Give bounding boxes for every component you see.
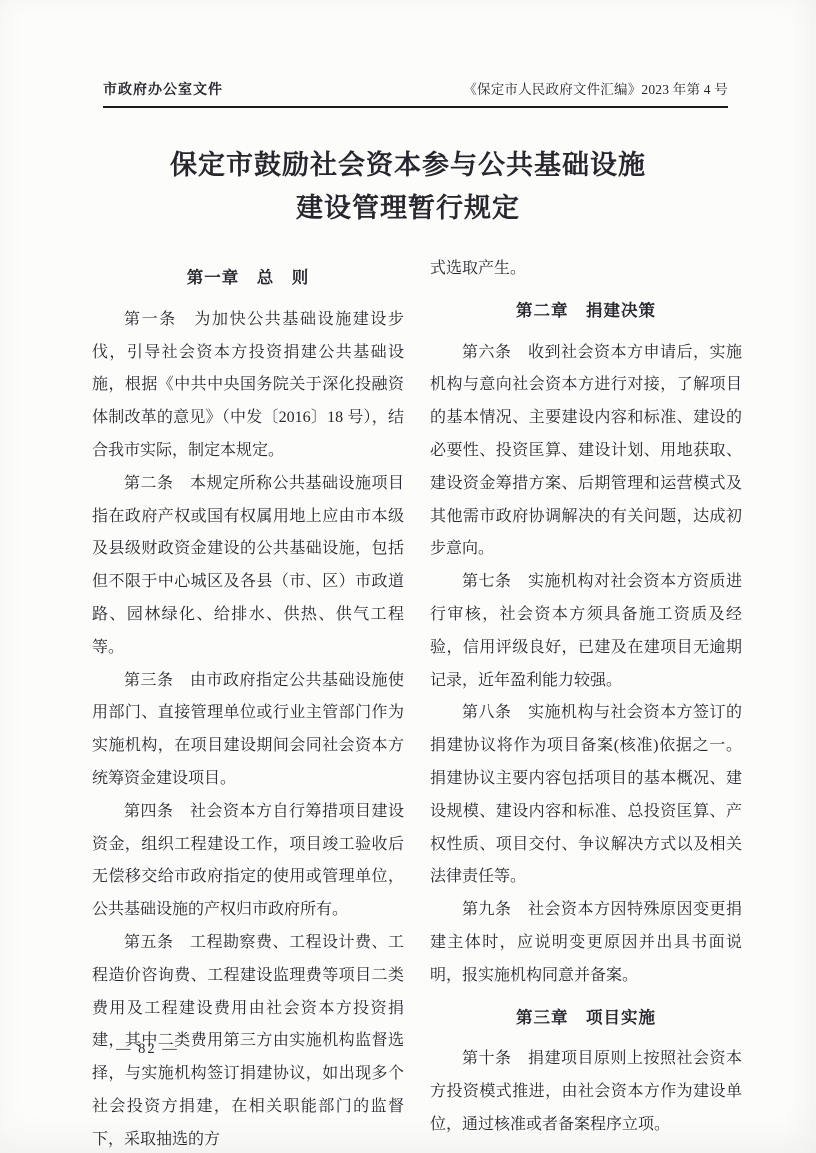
article-paragraph: 第六条 收到社会资本方申请后，实施机构与意向社会资本方进行对接，了解项目的基本情… <box>430 337 742 567</box>
document-title: 保定市鼓励社会资本参与公共基础设施 建设管理暂行规定 <box>0 144 816 230</box>
article-paragraph: 第五条 工程勘察费、工程设计费、工程造价咨询费、工程建设监理费等项目二类费用及工… <box>92 927 404 1153</box>
chapter-heading: 第三章 项目实施 <box>430 1002 742 1035</box>
right-column: 式选取产生。 第二章 捐建决策 第六条 收到社会资本方申请后，实施机构与意向社会… <box>430 253 742 1153</box>
content-columns: 第一章 总 则 第一条 为加快公共基础设施建设步伐，引导社会资本方投资捐建公共基… <box>92 253 742 1153</box>
page-number: — 82 — <box>116 1041 179 1058</box>
header-right-text: 《保定市人民政府文件汇编》2023 年第 4 号 <box>463 78 728 98</box>
article-paragraph: 第二条 本规定所称公共基础设施项目指在政府产权或国有权属用地上应由市本级及县级财… <box>92 468 404 665</box>
title-line-1: 保定市鼓励社会资本参与公共基础设施 <box>0 144 816 187</box>
chapter-heading: 第二章 捐建决策 <box>430 295 742 328</box>
article-paragraph: 第四条 社会资本方自行筹措项目建设资金，组织工程建设工作，项目竣工验收后无偿移交… <box>92 796 404 927</box>
left-column: 第一章 总 则 第一条 为加快公共基础设施建设步伐，引导社会资本方投资捐建公共基… <box>92 253 404 1153</box>
continuation-paragraph: 式选取产生。 <box>430 253 742 286</box>
article-paragraph: 第八条 实施机构与社会资本方签订的捐建协议将作为项目备案(核准)依据之一。捐建协… <box>430 697 742 894</box>
article-paragraph: 第三条 由市政府指定公共基础设施使用部门、直接管理单位或行业主管部门作为实施机构… <box>92 665 404 796</box>
article-paragraph: 第七条 实施机构对社会资本方资质进行审核，社会资本方须具备施工资质及经验，信用评… <box>430 566 742 697</box>
page-header: 市政府办公室文件 《保定市人民政府文件汇编》2023 年第 4 号 <box>103 78 728 108</box>
article-paragraph: 第十条 捐建项目原则上按照社会资本方投资模式推进，由社会资本方作为建设单位，通过… <box>430 1043 742 1141</box>
title-line-2: 建设管理暂行规定 <box>0 187 816 230</box>
article-paragraph: 第九条 社会资本方因特殊原因变更捐建主体时，应说明变更原因并出具书面说明，报实施… <box>430 894 742 992</box>
scanned-document-page: 市政府办公室文件 《保定市人民政府文件汇编》2023 年第 4 号 保定市鼓励社… <box>0 0 816 1153</box>
header-left-text: 市政府办公室文件 <box>103 79 223 99</box>
chapter-heading: 第一章 总 则 <box>92 262 404 295</box>
article-paragraph: 第一条 为加快公共基础设施建设步伐，引导社会资本方投资捐建公共基础设施，根据《中… <box>92 304 404 468</box>
